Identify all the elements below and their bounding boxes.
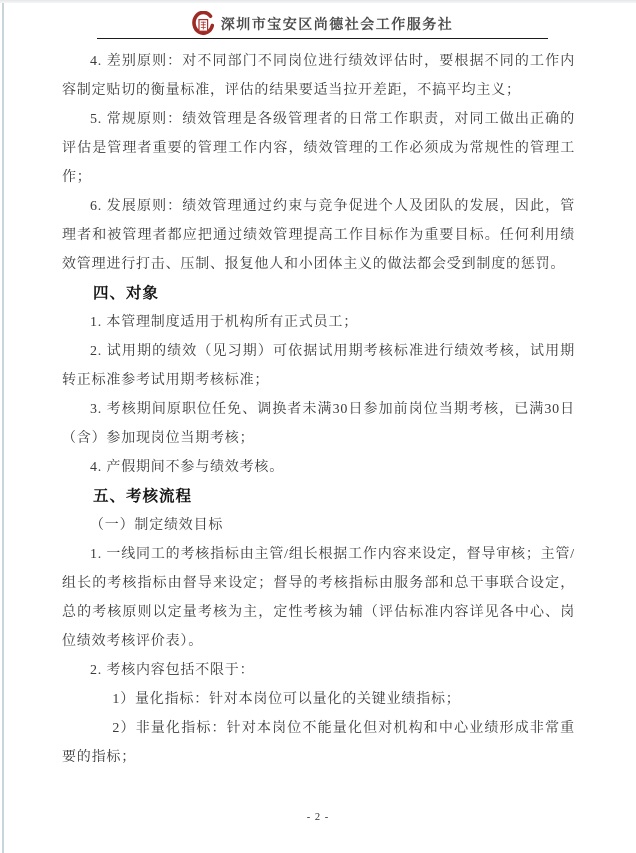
page-number: - 2 -: [0, 812, 636, 823]
paragraph-object-2: 2. 试用期的绩效（见习期）可依据试用期考核标准进行绩效考核，试用期转正标准参考…: [62, 337, 575, 395]
paragraph-process-2: 2. 考核内容包括不限于：: [62, 656, 575, 685]
document-header: 深圳市宝安区尚德社会工作服务社: [4, 11, 636, 37]
paragraph-principle-4: 4. 差别原则：对不同部门不同岗位进行绩效评估时，要根据不同的工作内容制定贴切的…: [62, 47, 575, 105]
paragraph-object-1: 1. 本管理制度适用于机构所有正式员工；: [62, 308, 575, 337]
paragraph-process-1: 1. 一线同工的考核指标由主管/组长根据工作内容来设定，督导审核；主管/组长的考…: [62, 540, 575, 656]
paragraph-indicator-quantitative: 1）量化指标：针对本岗位可以量化的关键业绩指标；: [62, 685, 575, 714]
subsection-heading-goal: （一）制定绩效目标: [62, 511, 575, 540]
org-name: 深圳市宝安区尚德社会工作服务社: [221, 14, 454, 34]
page-left-edge: [2, 3, 4, 853]
section-heading-5-process: 五、考核流程: [62, 482, 575, 511]
paragraph-object-3: 3. 考核期间原职位任免、调换者未满30日参加前岗位当期考核，已满30日（含）参…: [62, 395, 575, 453]
section-heading-4-object: 四、对象: [62, 279, 575, 308]
paragraph-object-4: 4. 产假期间不参与绩效考核。: [62, 453, 575, 482]
org-seal-logo-icon: [191, 11, 214, 37]
document-body: 4. 差别原则：对不同部门不同岗位进行绩效评估时，要根据不同的工作内容制定贴切的…: [62, 39, 575, 772]
paragraph-principle-6: 6. 发展原则：绩效管理通过约束与竞争促进个人及团队的发展，因此，管理者和被管理…: [62, 192, 575, 279]
page-top-edge: [0, 0, 636, 3]
paragraph-indicator-nonquantitative: 2）非量化指标：针对本岗位不能量化但对机构和中心业绩形成非常重要的指标；: [62, 714, 575, 772]
paragraph-principle-5: 5. 常规原则：绩效管理是各级管理者的日常工作职责，对同工做出正确的评估是管理者…: [62, 105, 575, 192]
document-page: 深圳市宝安区尚德社会工作服务社 4. 差别原则：对不同部门不同岗位进行绩效评估时…: [0, 0, 636, 853]
